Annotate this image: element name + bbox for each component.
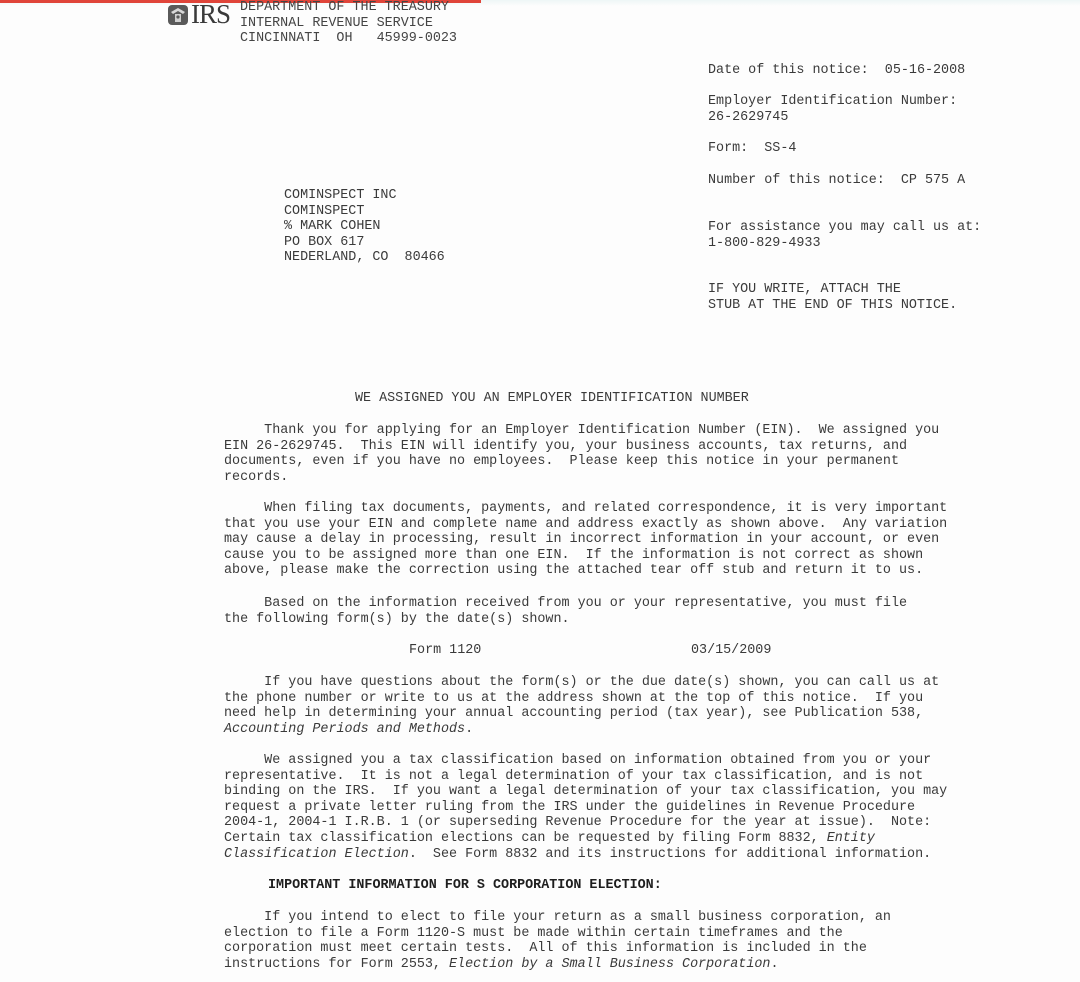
text-line: that you use your EIN and complete name … [224, 517, 947, 532]
ein-label: Employer Identification Number: [708, 94, 957, 109]
notice-number-value: CP 575 A [901, 173, 965, 188]
notice-number-label: Number of this notice: [708, 173, 885, 188]
text-line: election to file a Form 1120-S must be m… [224, 926, 843, 941]
text-line: . [770, 957, 778, 972]
form-label: Form: [708, 141, 748, 156]
s-corp-heading: IMPORTANT INFORMATION FOR S CORPORATION … [268, 878, 662, 894]
notice-date: Date of this notice: 05-16-2008 [708, 63, 965, 79]
recipient-address: COMINSPECT INC COMINSPECT % MARK COHEN P… [284, 188, 445, 266]
text-line: above, please make the correction using … [224, 563, 923, 578]
paragraph-must-file: Based on the information received from y… [224, 596, 1024, 627]
text-line: need help in determining your annual acc… [224, 706, 923, 721]
paragraph-s-corp: If you intend to elect to file your retu… [224, 910, 1024, 972]
form-title: Classification Election [224, 847, 409, 862]
write-instruction-line: IF YOU WRITE, ATTACH THE [708, 282, 901, 297]
text-line: When filing tax documents, payments, and… [224, 501, 947, 516]
notice-number: Number of this notice: CP 575 A [708, 173, 965, 189]
text-line: If you have questions about the form(s) … [224, 675, 939, 690]
assistance-block: For assistance you may call us at: 1-800… [708, 220, 981, 251]
form-value: SS-4 [764, 141, 796, 156]
text-line: Certain tax classification elections can… [224, 831, 827, 846]
recipient-line: PO BOX 617 [284, 235, 364, 250]
text-line: the following form(s) by the date(s) sho… [224, 612, 570, 627]
irs-wordmark: IRS [191, 2, 230, 26]
paragraph-questions: If you have questions about the form(s) … [224, 675, 1024, 737]
paragraph-filing-documents: When filing tax documents, payments, and… [224, 501, 1024, 579]
filing-form: Form 1120 [409, 643, 481, 659]
text-line: EIN 26-2629745. This EIN will identify y… [224, 439, 907, 454]
form-title: Entity [827, 831, 875, 846]
text-line: . See Form 8832 and its instructions for… [409, 847, 931, 862]
assistance-label: For assistance you may call us at: [708, 220, 981, 235]
treasury-eagle-icon [167, 4, 189, 26]
form-block: Form: SS-4 [708, 141, 796, 157]
text-line: the phone number or write to us at the a… [224, 691, 923, 706]
recipient-line: % MARK COHEN [284, 219, 380, 234]
notice-date-label: Date of this notice: [708, 63, 869, 78]
text-line: records. [224, 470, 288, 485]
write-instruction-line: STUB AT THE END OF THIS NOTICE. [708, 298, 957, 313]
text-line: binding on the IRS. If you want a legal … [224, 784, 947, 799]
paragraph-thank-you: Thank you for applying for an Employer I… [224, 423, 1024, 485]
text-line: 2004-1, 2004-1 I.R.B. 1 (or superseding … [224, 815, 931, 830]
agency-line: DEPARTMENT OF THE TREASURY [240, 0, 449, 15]
publication-title: Accounting Periods and Methods [224, 722, 465, 737]
text-line: cause you to be assigned more than one E… [224, 548, 923, 563]
notice-date-value: 05-16-2008 [885, 63, 965, 78]
assistance-phone: 1-800-829-4933 [708, 236, 821, 251]
text-line: request a private letter ruling from the… [224, 800, 915, 815]
recipient-line: COMINSPECT [284, 204, 364, 219]
agency-line: INTERNAL REVENUE SERVICE [240, 16, 433, 31]
text-line: documents, even if you have no employees… [224, 454, 899, 469]
text-line: representative. It is not a legal determ… [224, 769, 923, 784]
irs-logo: IRS [167, 2, 230, 26]
agency-line: CINCINNATI OH 45999-0023 [240, 31, 457, 46]
ein-value: 26-2629745 [708, 110, 788, 125]
recipient-line: NEDERLAND, CO 80466 [284, 250, 445, 265]
ein-block: Employer Identification Number: 26-26297… [708, 94, 957, 125]
text-line: may cause a delay in processing, result … [224, 532, 939, 547]
text-line: Thank you for applying for an Employer I… [224, 423, 939, 438]
text-line: We assigned you a tax classification bas… [224, 753, 931, 768]
notice-title: WE ASSIGNED YOU AN EMPLOYER IDENTIFICATI… [355, 391, 749, 407]
recipient-line: COMINSPECT INC [284, 188, 397, 203]
form-title: Election by a Small Business Corporation [449, 957, 770, 972]
text-line: Based on the information received from y… [224, 596, 907, 611]
text-line: corporation must meet certain tests. All… [224, 941, 867, 956]
filing-due-date: 03/15/2009 [691, 643, 771, 659]
text-line: . [465, 722, 473, 737]
paragraph-tax-classification: We assigned you a tax classification bas… [224, 753, 1024, 862]
agency-address: DEPARTMENT OF THE TREASURY INTERNAL REVE… [240, 0, 457, 47]
text-line: If you intend to elect to file your retu… [224, 910, 891, 925]
text-line: instructions for Form 2553, [224, 957, 449, 972]
write-instruction: IF YOU WRITE, ATTACH THE STUB AT THE END… [708, 282, 957, 313]
